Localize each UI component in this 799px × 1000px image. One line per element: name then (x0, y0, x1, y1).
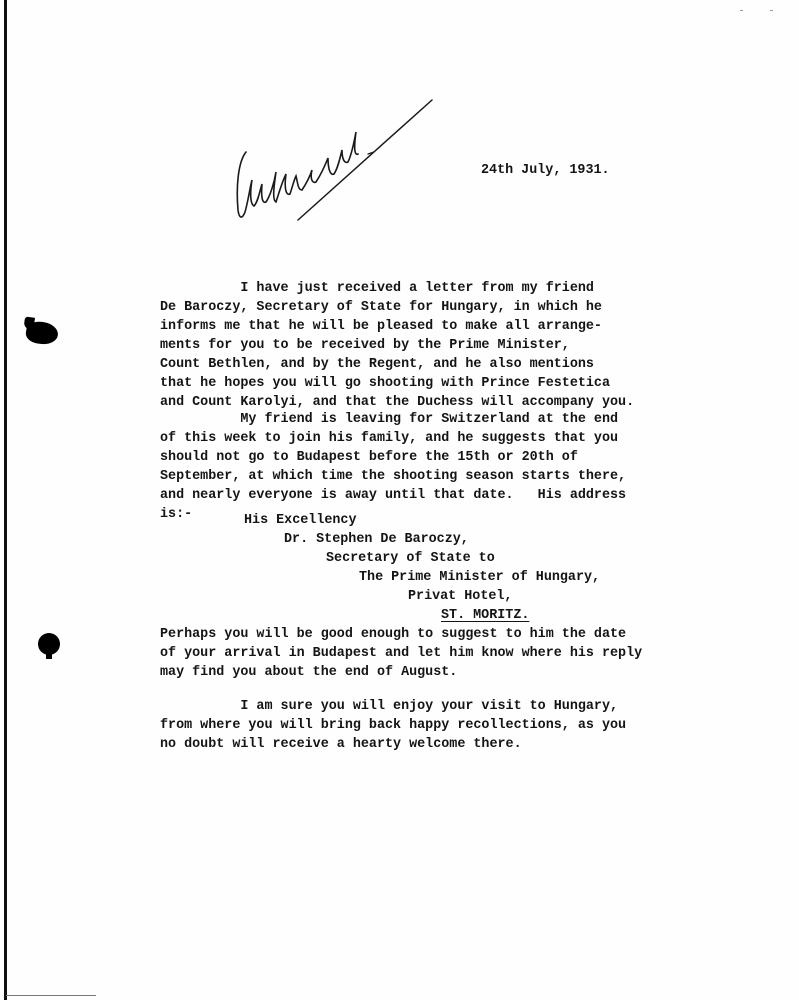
page-left-edge (4, 0, 7, 1000)
address-line: Secretary of State to (326, 549, 495, 568)
paragraph-line: informs me that he will be pleased to ma… (160, 317, 602, 336)
scan-speck (770, 10, 773, 11)
paragraph-line: may find you about the end of August. (160, 663, 457, 682)
address-line: Privat Hotel, (408, 587, 512, 606)
paragraph-line: of this week to join his family, and he … (160, 429, 618, 448)
address-line: His Excellency (244, 511, 357, 530)
letter-date: 24th July, 1931. (481, 161, 610, 180)
address-line: The Prime Minister of Hungary, (359, 568, 600, 587)
paragraph-line: My friend is leaving for Switzerland at … (160, 410, 618, 429)
paragraph-line: I am sure you will enjoy your visit to H… (160, 697, 618, 716)
letter-page: 24th July, 1931. I have just received a … (0, 0, 799, 1000)
paragraph-line: and nearly everyone is away until that d… (160, 486, 626, 505)
punch-hole-upper (25, 320, 60, 346)
handwritten-signature-icon (228, 92, 438, 232)
paragraph-line: ments for you to be received by the Prim… (160, 336, 570, 355)
paragraph-line: that he hopes you will go shooting with … (160, 374, 610, 393)
paragraph-line: should not go to Budapest before the 15t… (160, 448, 578, 467)
paragraph-line: Count Bethlen, and by the Regent, and he… (160, 355, 594, 374)
address-city: ST. MORITZ. (441, 606, 529, 625)
punch-hole-lower (38, 633, 60, 655)
paragraph-line: is:- (160, 505, 192, 524)
scan-speck (740, 10, 743, 11)
paragraph-line: no doubt will receive a hearty welcome t… (160, 735, 522, 754)
paragraph-line: of your arrival in Budapest and let him … (160, 644, 642, 663)
paragraph-line: September, at which time the shooting se… (160, 467, 626, 486)
paragraph-line: De Baroczy, Secretary of State for Hunga… (160, 298, 602, 317)
address-line: Dr. Stephen De Baroczy, (284, 530, 469, 549)
paragraph-line: Perhaps you will be good enough to sugge… (160, 625, 626, 644)
paragraph-line: from where you will bring back happy rec… (160, 716, 626, 735)
page-bottom-edge (6, 995, 96, 996)
paragraph-line: I have just received a letter from my fr… (160, 279, 594, 298)
